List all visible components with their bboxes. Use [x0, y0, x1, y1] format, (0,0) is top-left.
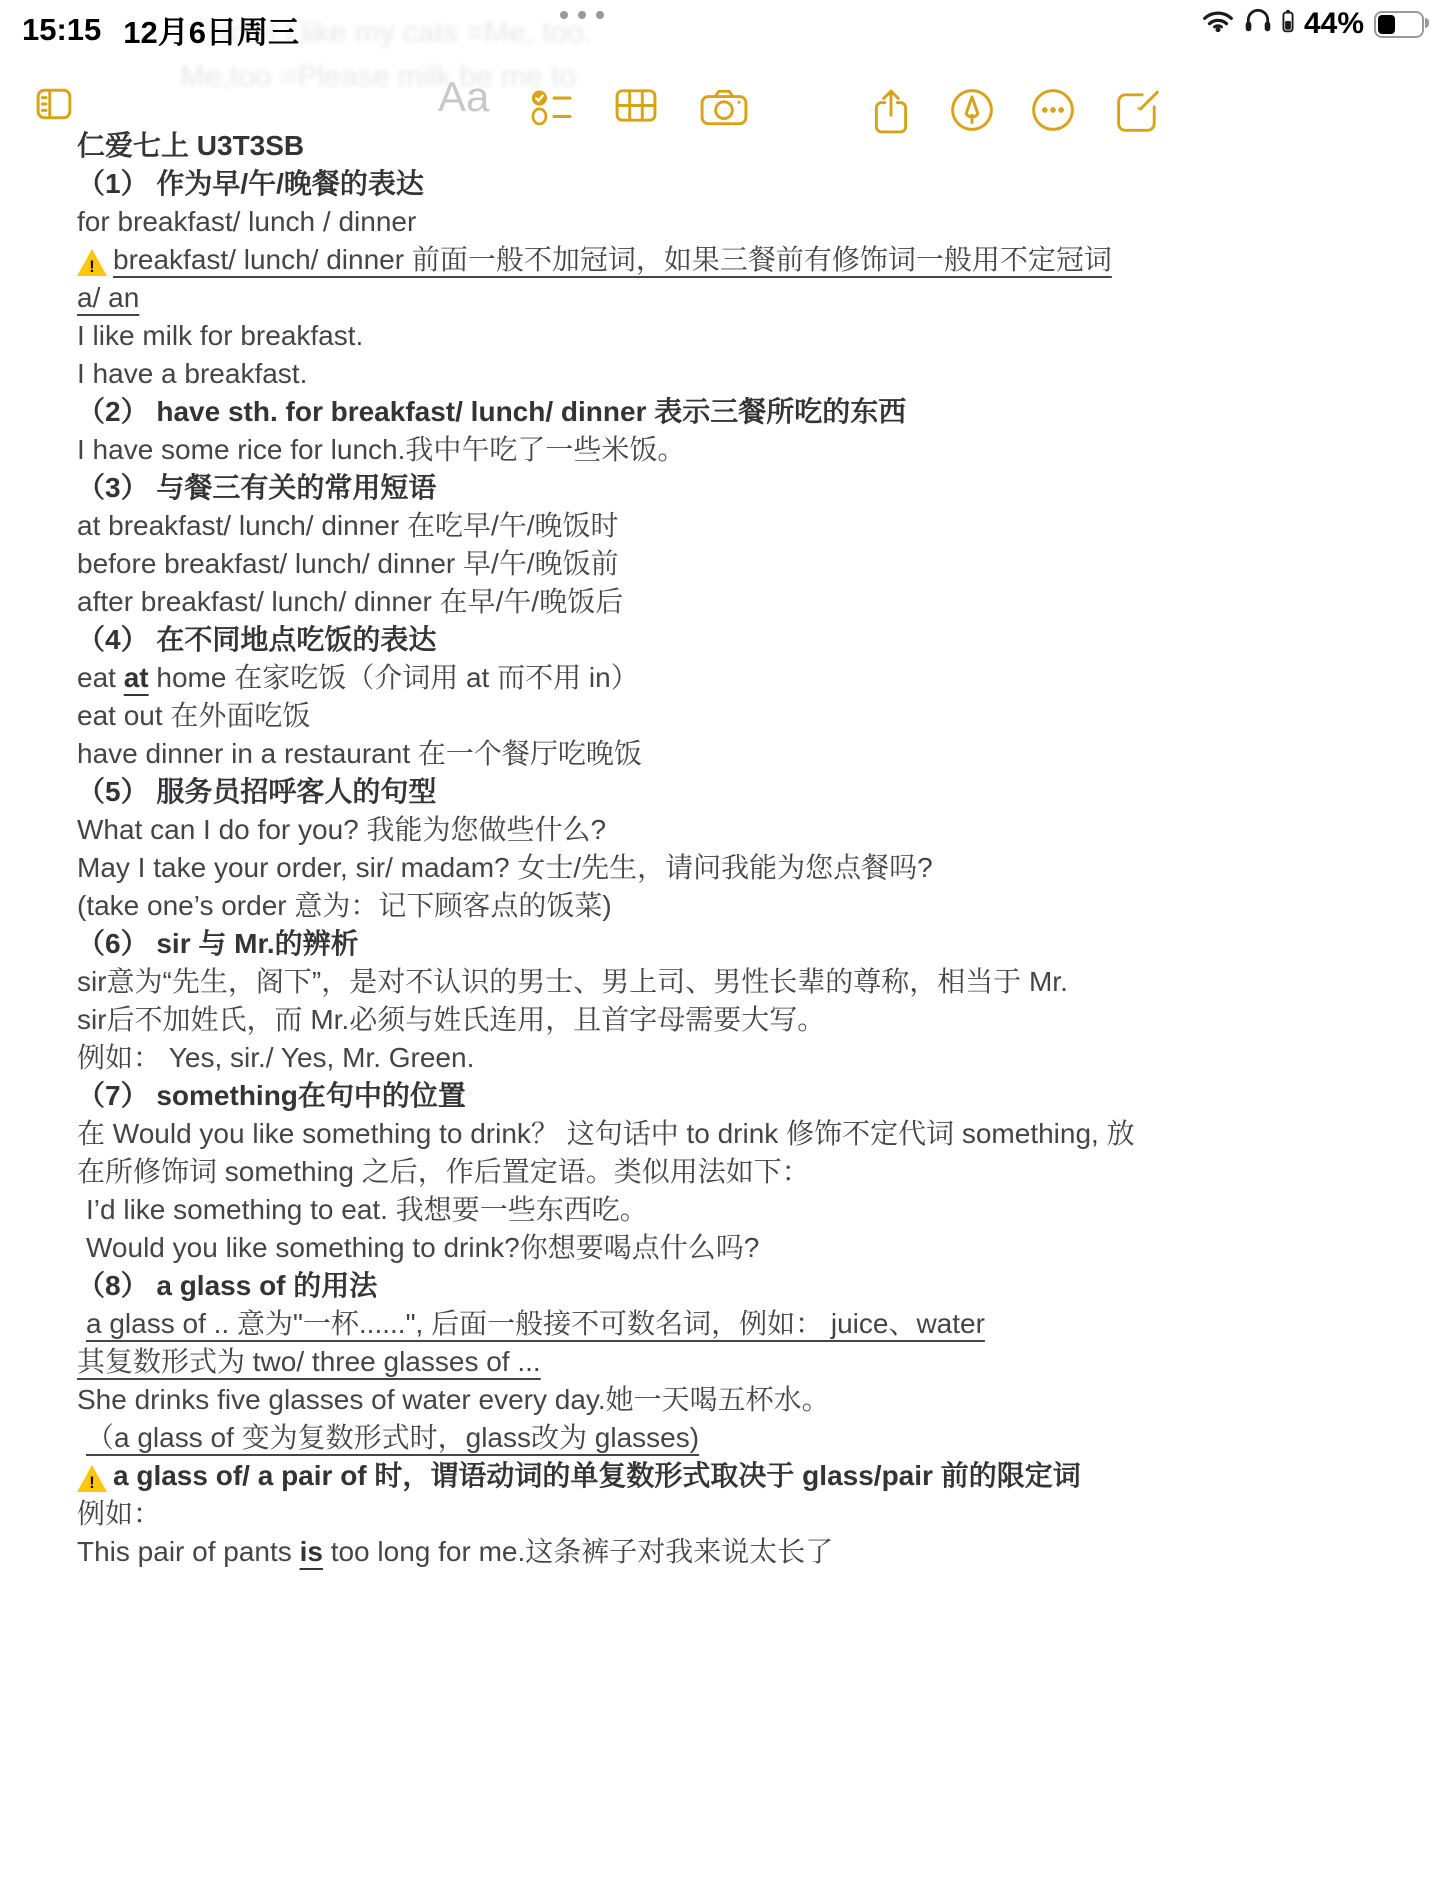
note-line: She drinks five glasses of water every d…	[77, 1381, 1410, 1419]
note-line: Would you like something to drink?你想要喝点什…	[77, 1229, 1410, 1267]
note-text: （7） something在句中的位置	[77, 1080, 466, 1111]
compose-icon	[1115, 88, 1161, 134]
note-line: （7） something在句中的位置	[77, 1077, 1410, 1115]
note-text: sir意为“先生，阁下”，是对不认识的男士、男上司、男性长辈的尊称，相当于 Mr…	[77, 966, 1068, 997]
note-line: after breakfast/ lunch/ dinner 在早/午/晚饭后	[77, 583, 1410, 621]
battery-percent: 44%	[1304, 7, 1364, 41]
more-icon	[1031, 88, 1075, 132]
note-text: I’d like something to eat. 我想要一些东西吃。	[86, 1194, 648, 1225]
note-text: （a glass of 变为复数形式时，glass改为 glasses)	[86, 1422, 699, 1453]
battery-icon	[1374, 11, 1424, 38]
note-text: 例如：	[77, 1498, 161, 1529]
checklist-icon	[530, 88, 572, 126]
note-text: home 在家吃饭（介词用 at 而不用 in）	[149, 662, 639, 693]
note-text: Would you like something to drink?你想要喝点什…	[86, 1232, 759, 1263]
note-text: 例如： Yes, sir./ Yes, Mr. Green.	[77, 1042, 474, 1073]
note-line: 例如：	[77, 1495, 1410, 1533]
note-text: 其复数形式为 two/ three glasses of ...	[77, 1346, 541, 1377]
sidebar-toggle-button[interactable]	[36, 88, 72, 123]
note-line: （5） 服务员招呼客人的句型	[77, 773, 1410, 811]
note-line: （8） a glass of 的用法	[77, 1267, 1410, 1305]
note-text: （6） sir 与 Mr.的辨析	[77, 928, 359, 959]
warning-icon: !	[77, 249, 107, 276]
note-line: 例如： Yes, sir./ Yes, Mr. Green.	[77, 1039, 1410, 1077]
note-text: a glass of/ a pair of 时，谓语动词的单复数形式取决于 gl…	[113, 1460, 1081, 1491]
note-text: （8） a glass of 的用法	[77, 1270, 377, 1301]
note-line: （a glass of 变为复数形式时，glass改为 glasses)	[77, 1419, 1410, 1457]
note-text: before breakfast/ lunch/ dinner 早/午/晚饭前	[77, 548, 619, 579]
note-line: What can I do for you? 我能为您做些什么?	[77, 811, 1410, 849]
note-text: eat out 在外面吃饭	[77, 700, 310, 731]
note-line: sir后不加姓氏，而 Mr.必须与姓氏连用，且首字母需要大写。	[77, 1001, 1410, 1039]
note-body[interactable]: 仁爱七上 U3T3SB（1） 作为早/午/晚餐的表达for breakfast/…	[77, 127, 1410, 1571]
more-button[interactable]	[1031, 88, 1075, 135]
note-line: !a glass of/ a pair of 时，谓语动词的单复数形式取决于 g…	[77, 1457, 1410, 1495]
note-text: is	[300, 1536, 323, 1567]
compose-button[interactable]	[1115, 88, 1161, 137]
note-line: （4） 在不同地点吃饭的表达	[77, 621, 1410, 659]
note-text: breakfast/ lunch/ dinner 前面一般不加冠词，如果三餐前有…	[113, 244, 1112, 275]
wifi-icon	[1202, 7, 1234, 41]
format-label: Aa	[438, 73, 489, 120]
note-line: This pair of pants is too long for me.这条…	[77, 1533, 1410, 1571]
note-line: have dinner in a restaurant 在一个餐厅吃晚饭	[77, 735, 1410, 773]
multitask-indicator[interactable]	[560, 11, 604, 19]
note-text: May I take your order, sir/ madam? 女士/先生…	[77, 852, 933, 883]
note-text: （2） have sth. for breakfast/ lunch/ dinn…	[77, 396, 906, 427]
note-line: 在所修饰词 something 之后，作后置定语。类似用法如下：	[77, 1153, 1410, 1191]
camera-button[interactable]	[700, 88, 748, 129]
note-line: eat at home 在家吃饭（介词用 at 而不用 in）	[77, 659, 1410, 697]
note-text: at	[124, 662, 149, 693]
note-text: This pair of pants	[77, 1536, 300, 1567]
note-text: too long for me.这条裤子对我来说太长了	[323, 1536, 833, 1567]
note-line: I like milk for breakfast.	[77, 317, 1410, 355]
note-text: What can I do for you? 我能为您做些什么?	[77, 814, 606, 845]
note-text: （4） 在不同地点吃饭的表达	[77, 624, 436, 655]
note-text: 仁爱七上 U3T3SB	[77, 130, 304, 161]
note-line: (take one’s order 意为：记下顾客点的饭菜)	[77, 887, 1410, 925]
note-line: I’d like something to eat. 我想要一些东西吃。	[77, 1191, 1410, 1229]
note-text: （5） 服务员招呼客人的句型	[77, 776, 436, 807]
note-line: （3） 与餐三有关的常用短语	[77, 469, 1410, 507]
headphones-battery-icon	[1282, 7, 1294, 41]
share-icon	[872, 88, 910, 134]
note-line: 在 Would you like something to drink？ 这句话…	[77, 1115, 1410, 1153]
note-line: sir意为“先生，阁下”，是对不认识的男士、男上司、男性长辈的尊称，相当于 Mr…	[77, 963, 1410, 1001]
format-button[interactable]: Aa	[438, 76, 489, 118]
note-line: a/ an	[77, 279, 1410, 317]
note-toolbar: Aa	[0, 40, 1440, 96]
note-line: May I take your order, sir/ madam? 女士/先生…	[77, 849, 1410, 887]
note-text: at breakfast/ lunch/ dinner 在吃早/午/晚饭时	[77, 510, 619, 541]
note-text: a/ an	[77, 282, 139, 313]
note-text: 在所修饰词 something 之后，作后置定语。类似用法如下：	[77, 1156, 810, 1187]
sidebar-toggle-icon	[36, 88, 72, 120]
note-line: I have a breakfast.	[77, 355, 1410, 393]
headphones-icon	[1244, 7, 1272, 41]
markup-icon	[950, 88, 994, 132]
note-text: （1） 作为早/午/晚餐的表达	[77, 168, 424, 199]
note-line: at breakfast/ lunch/ dinner 在吃早/午/晚饭时	[77, 507, 1410, 545]
note-text: sir后不加姓氏，而 Mr.必须与姓氏连用，且首字母需要大写。	[77, 1004, 825, 1035]
note-text: I have some rice for lunch.我中午吃了一些米饭。	[77, 434, 685, 465]
checklist-button[interactable]	[530, 88, 572, 129]
table-button[interactable]	[615, 88, 657, 126]
camera-icon	[700, 88, 748, 126]
note-text: She drinks five glasses of water every d…	[77, 1384, 830, 1415]
note-text: have dinner in a restaurant 在一个餐厅吃晚饭	[77, 738, 642, 769]
note-text: a glass of .. 意为"一杯......", 后面一般接不可数名词，例…	[86, 1308, 985, 1339]
share-button[interactable]	[872, 88, 910, 137]
warning-icon: !	[77, 1465, 107, 1492]
note-text: 在 Would you like something to drink？ 这句话…	[77, 1118, 1135, 1149]
table-icon	[615, 88, 657, 123]
note-line: （1） 作为早/午/晚餐的表达	[77, 165, 1410, 203]
note-line: I have some rice for lunch.我中午吃了一些米饭。	[77, 431, 1410, 469]
note-text: I like milk for breakfast.	[77, 320, 363, 351]
note-line: before breakfast/ lunch/ dinner 早/午/晚饭前	[77, 545, 1410, 583]
note-line: !breakfast/ lunch/ dinner 前面一般不加冠词，如果三餐前…	[77, 241, 1410, 279]
note-text: (take one’s order 意为：记下顾客点的饭菜)	[77, 890, 612, 921]
note-text: eat	[77, 662, 124, 693]
note-text: I have a breakfast.	[77, 358, 307, 389]
note-text: for breakfast/ lunch / dinner	[77, 206, 416, 237]
note-line: for breakfast/ lunch / dinner	[77, 203, 1410, 241]
note-line: eat out 在外面吃饭	[77, 697, 1410, 735]
note-line: （6） sir 与 Mr.的辨析	[77, 925, 1410, 963]
note-line: 仁爱七上 U3T3SB	[77, 127, 1410, 165]
markup-button[interactable]	[950, 88, 994, 135]
note-line: 其复数形式为 two/ three glasses of ...	[77, 1343, 1410, 1381]
status-bar: 15:15 12月6日周三 44%	[0, 0, 1440, 44]
note-text: （3） 与餐三有关的常用短语	[77, 472, 436, 503]
note-text: after breakfast/ lunch/ dinner 在早/午/晚饭后	[77, 586, 623, 617]
note-line: （2） have sth. for breakfast/ lunch/ dinn…	[77, 393, 1410, 431]
note-line: a glass of .. 意为"一杯......", 后面一般接不可数名词，例…	[77, 1305, 1410, 1343]
